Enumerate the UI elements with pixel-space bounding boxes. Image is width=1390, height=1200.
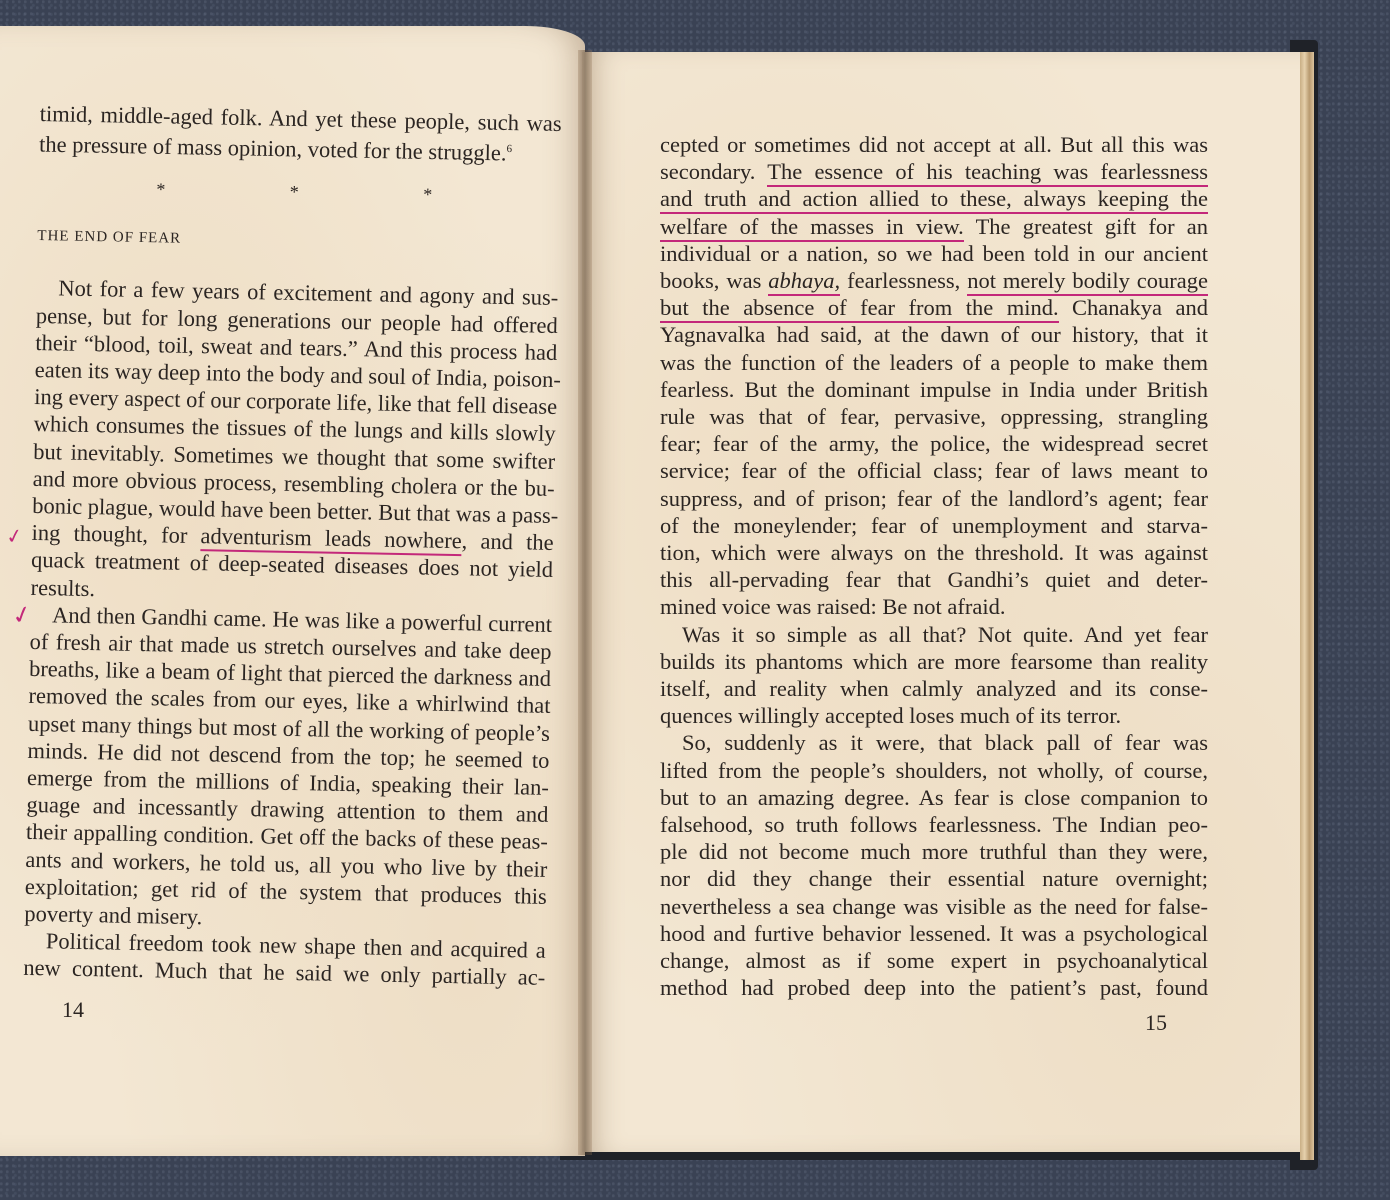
text-line: nevertheless a sea change was visible as… — [660, 893, 1208, 920]
text-line: Yagnavalka had said, at the dawn of our … — [660, 321, 1208, 348]
right-page-text: cepted or sometimes did not accept at al… — [660, 131, 1208, 1002]
left-page-text: timid, middle-aged folk. And yet these p… — [23, 100, 562, 991]
section-break: * * * — [88, 175, 560, 211]
text-line: service; fear of the official class; fea… — [660, 457, 1208, 484]
text-line: this all-pervading fear that Gandhi’s qu… — [660, 566, 1208, 593]
text-line: of the moneylender; fear of unemployment… — [660, 512, 1208, 539]
page-block-edges — [1300, 52, 1314, 1160]
text-line: change, almost as if some expert in psyc… — [660, 947, 1208, 974]
text-line: was the function of the leaders of a peo… — [660, 349, 1208, 376]
footnote-marker: 6 — [506, 143, 512, 155]
text-line: fear; fear of the army, the police, the … — [660, 430, 1208, 457]
text-line: ple did not become much more truthful th… — [660, 838, 1208, 865]
pen-underline: but the absence of fear from the mind. — [660, 295, 1059, 323]
text-line: rule was that of fear, pervasive, oppres… — [660, 403, 1208, 430]
pen-underline: The essence of his teaching was fearless… — [767, 159, 1208, 187]
text-line: lifted from the people’s shoulders, not … — [660, 757, 1208, 784]
text-line: mined voice was raised: Be not afraid. — [660, 593, 1208, 620]
text-line: welfare of the masses in view. The great… — [660, 213, 1208, 240]
page-number-right: 15 — [1145, 1010, 1167, 1036]
text-line: method had probed deep into the patient’… — [660, 974, 1208, 1001]
text-line: but to an amazing degree. As fear is clo… — [660, 784, 1208, 811]
pen-underline: welfare of the masses in view. — [660, 214, 964, 242]
italic-term-abhaya: abhaya, — [768, 268, 840, 296]
text-line: secondary. The essence of his teaching w… — [660, 158, 1208, 185]
text-line: tion, which were always on the threshold… — [660, 539, 1208, 566]
page-number-left: 14 — [62, 997, 84, 1023]
book-gutter — [578, 50, 592, 1155]
text-line: quences willingly accepted loses much of… — [660, 702, 1208, 729]
text-line: suppress, and of prison; fear of the lan… — [660, 485, 1208, 512]
text-line: fearless. But the dominant impulse in In… — [660, 376, 1208, 403]
section-heading: THE END OF FEAR — [37, 223, 559, 260]
text-line: but the absence of fear from the mind. C… — [660, 294, 1208, 321]
text-line: falsehood, so truth follows fearlessness… — [660, 811, 1208, 838]
text-line: So, suddenly as it were, that black pall… — [660, 729, 1208, 756]
text-line: books, was abhaya, fearlessness, not mer… — [660, 267, 1208, 294]
text-line: builds its phantoms which are more fears… — [660, 648, 1208, 675]
text-line: and truth and action allied to these, al… — [660, 185, 1208, 212]
text-line: Was it so simple as all that? Not quite.… — [660, 621, 1208, 648]
pen-underline: and truth and action allied to these, al… — [660, 186, 1208, 214]
text-line: hood and furtive behavior lessened. It w… — [660, 920, 1208, 947]
pen-underline: not merely bodily courage — [967, 268, 1208, 296]
text-line: itself, and reality when calmly analyzed… — [660, 675, 1208, 702]
text-line: nor did they change their essential natu… — [660, 865, 1208, 892]
text-line: individual or a nation, so we had been t… — [660, 240, 1208, 267]
text-line: cepted or sometimes did not accept at al… — [660, 131, 1208, 158]
